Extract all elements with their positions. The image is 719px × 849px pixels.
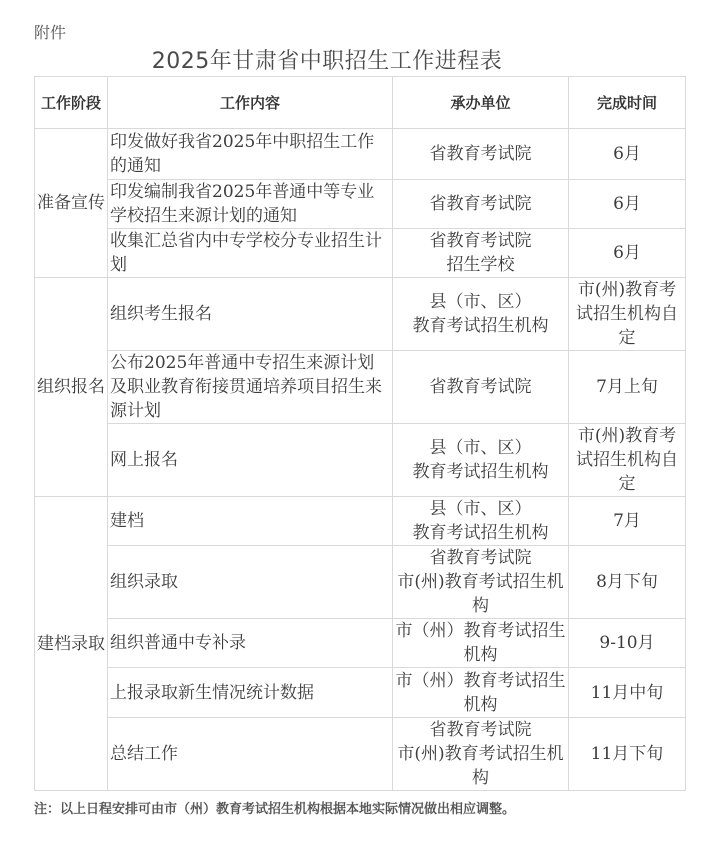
content-cell: 收集汇总省内中专学校分专业招生计划 [108, 229, 393, 278]
schedule-table: 工作阶段 工作内容 承办单位 完成时间 准备宣传 印发做好我省2025年中职招生… [34, 76, 686, 791]
unit-cell: 省教育考试院 招生学校 [393, 229, 569, 278]
time-cell: 11月下旬 [569, 718, 686, 791]
content-cell: 印发做好我省2025年中职招生工作的通知 [108, 129, 393, 180]
header-time: 完成时间 [569, 77, 686, 129]
unit-cell: 县（市、区） 教育考试招生机构 [393, 424, 569, 497]
header-content: 工作内容 [108, 77, 393, 129]
unit-cell: 省教育考试院 [393, 180, 569, 229]
time-cell: 6月 [569, 180, 686, 229]
unit-cell: 市（州）教育考试招生机构 [393, 619, 569, 668]
time-cell: 11月中旬 [569, 668, 686, 718]
content-cell: 总结工作 [108, 718, 393, 791]
content-cell: 印发编制我省2025年普通中等专业学校招生来源计划的通知 [108, 180, 393, 229]
time-cell: 市(州)教育考试招生机构自定 [569, 424, 686, 497]
content-cell: 建档 [108, 497, 393, 546]
table-row: 组织普通中专补录 市（州）教育考试招生机构 9-10月 [35, 619, 686, 668]
content-cell: 公布2025年普通中专招生来源计划及职业教育衔接贯通培养项目招生来源计划 [108, 351, 393, 424]
time-cell: 6月 [569, 129, 686, 180]
time-cell: 8月下旬 [569, 546, 686, 619]
time-cell: 市(州)教育考试招生机构自定 [569, 278, 686, 351]
table-row: 收集汇总省内中专学校分专业招生计划 省教育考试院 招生学校 6月 [35, 229, 686, 278]
table-row: 公布2025年普通中专招生来源计划及职业教育衔接贯通培养项目招生来源计划 省教育… [35, 351, 686, 424]
stage-cell: 组织报名 [35, 278, 108, 497]
stage-cell: 准备宣传 [35, 129, 108, 278]
stage-cell: 建档录取 [35, 497, 108, 791]
unit-cell: 省教育考试院 市(州)教育考试招生机构 [393, 718, 569, 791]
content-cell: 组织普通中专补录 [108, 619, 393, 668]
unit-cell: 县（市、区） 教育考试招生机构 [393, 278, 569, 351]
unit-cell: 省教育考试院 市(州)教育考试招生机构 [393, 546, 569, 619]
attachment-label: 附件 [34, 20, 66, 43]
content-cell: 组织考生报名 [108, 278, 393, 351]
table-row: 印发编制我省2025年普通中等专业学校招生来源计划的通知 省教育考试院 6月 [35, 180, 686, 229]
table-row: 组织报名 组织考生报名 县（市、区） 教育考试招生机构 市(州)教育考试招生机构… [35, 278, 686, 351]
unit-cell: 省教育考试院 [393, 351, 569, 424]
content-cell: 组织录取 [108, 546, 393, 619]
page-title: 2025年甘肃省中职招生工作进程表 [0, 44, 654, 75]
header-stage: 工作阶段 [35, 77, 108, 129]
table-row: 网上报名 县（市、区） 教育考试招生机构 市(州)教育考试招生机构自定 [35, 424, 686, 497]
content-cell: 网上报名 [108, 424, 393, 497]
table-row: 准备宣传 印发做好我省2025年中职招生工作的通知 省教育考试院 6月 [35, 129, 686, 180]
time-cell: 7月 [569, 497, 686, 546]
time-cell: 7月上旬 [569, 351, 686, 424]
table-row: 总结工作 省教育考试院 市(州)教育考试招生机构 11月下旬 [35, 718, 686, 791]
content-cell: 上报录取新生情况统计数据 [108, 668, 393, 718]
time-cell: 6月 [569, 229, 686, 278]
table-header-row: 工作阶段 工作内容 承办单位 完成时间 [35, 77, 686, 129]
footnote: 注：以上日程安排可由市（州）教育考试招生机构根据本地实际情况做出相应调整。 [34, 798, 515, 817]
table-row: 上报录取新生情况统计数据 市（州）教育考试招生机构 11月中旬 [35, 668, 686, 718]
header-unit: 承办单位 [393, 77, 569, 129]
unit-cell: 县（市、区） 教育考试招生机构 [393, 497, 569, 546]
unit-cell: 省教育考试院 [393, 129, 569, 180]
table-row: 组织录取 省教育考试院 市(州)教育考试招生机构 8月下旬 [35, 546, 686, 619]
time-cell: 9-10月 [569, 619, 686, 668]
table-row: 建档录取 建档 县（市、区） 教育考试招生机构 7月 [35, 497, 686, 546]
unit-cell: 市（州）教育考试招生机构 [393, 668, 569, 718]
